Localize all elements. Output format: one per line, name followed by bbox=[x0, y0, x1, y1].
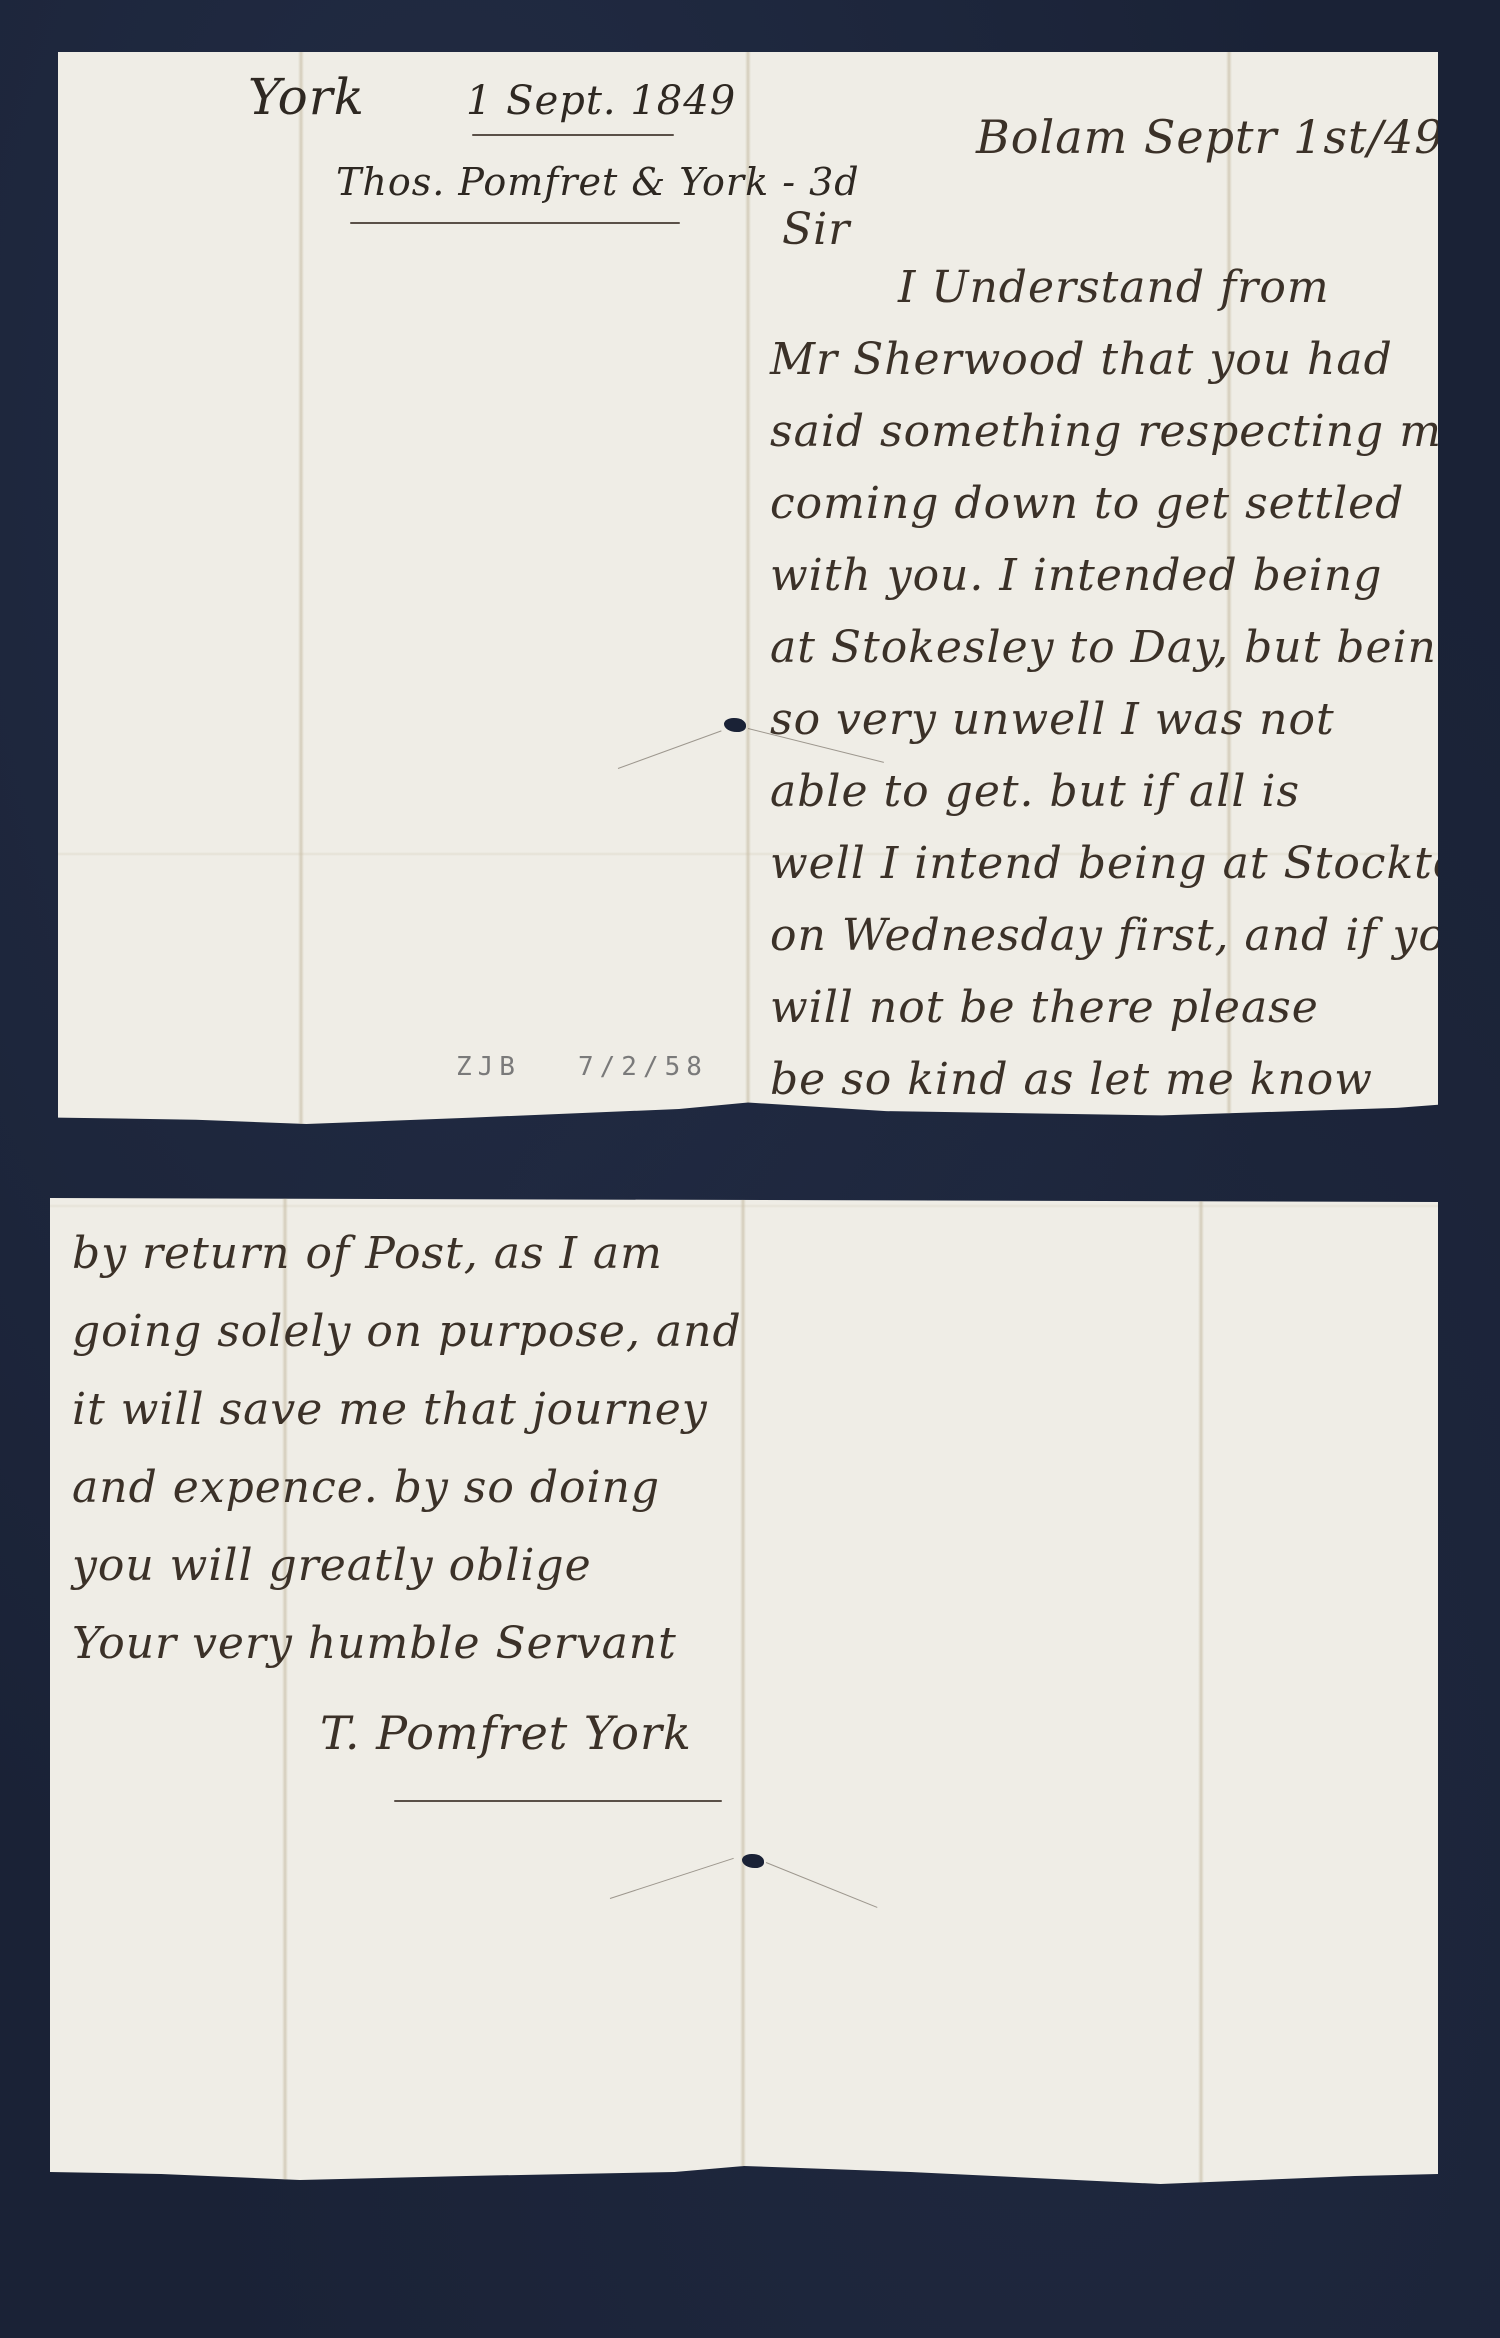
fold-crease bbox=[50, 1204, 1438, 1208]
docket-place: York bbox=[248, 68, 365, 126]
letter-line: you will greatly oblige bbox=[72, 1540, 592, 1591]
letter-line: be so kind as let me know bbox=[770, 1054, 1373, 1105]
docket-date-underline bbox=[472, 134, 674, 136]
letter-line: said something respecting me bbox=[770, 406, 1469, 457]
letter-line: and expence. by so doing bbox=[72, 1462, 660, 1513]
letter-line: well I intend being at Stockton bbox=[770, 838, 1490, 889]
letter-signature: T. Pomfret York bbox=[320, 1706, 692, 1760]
archive-initials: ZJB bbox=[456, 1052, 521, 1082]
docket-name-underline bbox=[350, 222, 680, 224]
paper-hole bbox=[724, 718, 746, 732]
letter-line: so very unwell I was not bbox=[770, 694, 1335, 745]
fold-crease bbox=[298, 52, 304, 1124]
fold-crease bbox=[1198, 1198, 1204, 2198]
fold-crease bbox=[745, 52, 751, 1124]
letter-line: will not be there please bbox=[770, 982, 1319, 1033]
letter-line: able to get. but if all is bbox=[770, 766, 1300, 817]
letter-line: on Wednesday first, and if you bbox=[770, 910, 1475, 961]
letter-line: it will save me that journey bbox=[72, 1384, 708, 1435]
paper-tear bbox=[618, 730, 722, 769]
letter-line: Mr Sherwood that you had bbox=[770, 334, 1393, 385]
letter-line: at Stokesley to Day, but being bbox=[770, 622, 1466, 673]
signature-underline bbox=[394, 1800, 722, 1802]
letter-line: by return of Post, as I am bbox=[72, 1228, 663, 1279]
archive-date: 7/2/58 bbox=[578, 1052, 708, 1082]
letter-line: with you. I intended being bbox=[770, 550, 1382, 601]
letter-sheet-back: by return of Post, as I am going solely … bbox=[50, 1198, 1438, 2198]
letter-closing: Your very humble Servant bbox=[72, 1618, 677, 1669]
paper-tear bbox=[610, 1858, 734, 1899]
docket-date: 1 Sept. 1849 bbox=[466, 78, 736, 124]
docket-name: Thos. Pomfret & York - 3d bbox=[336, 160, 860, 204]
letter-line: going solely on purpose, and bbox=[72, 1306, 742, 1357]
paper-tear bbox=[766, 1862, 878, 1908]
paper-hole bbox=[742, 1854, 764, 1868]
letter-salutation: Sir bbox=[782, 204, 850, 255]
letter-dateline: Bolam Septr 1st/49 bbox=[976, 110, 1445, 164]
letter-line: I Understand from bbox=[898, 262, 1330, 313]
letter-line: coming down to get settled bbox=[770, 478, 1404, 529]
letter-sheet-front: York 1 Sept. 1849 Thos. Pomfret & York -… bbox=[58, 52, 1438, 1124]
